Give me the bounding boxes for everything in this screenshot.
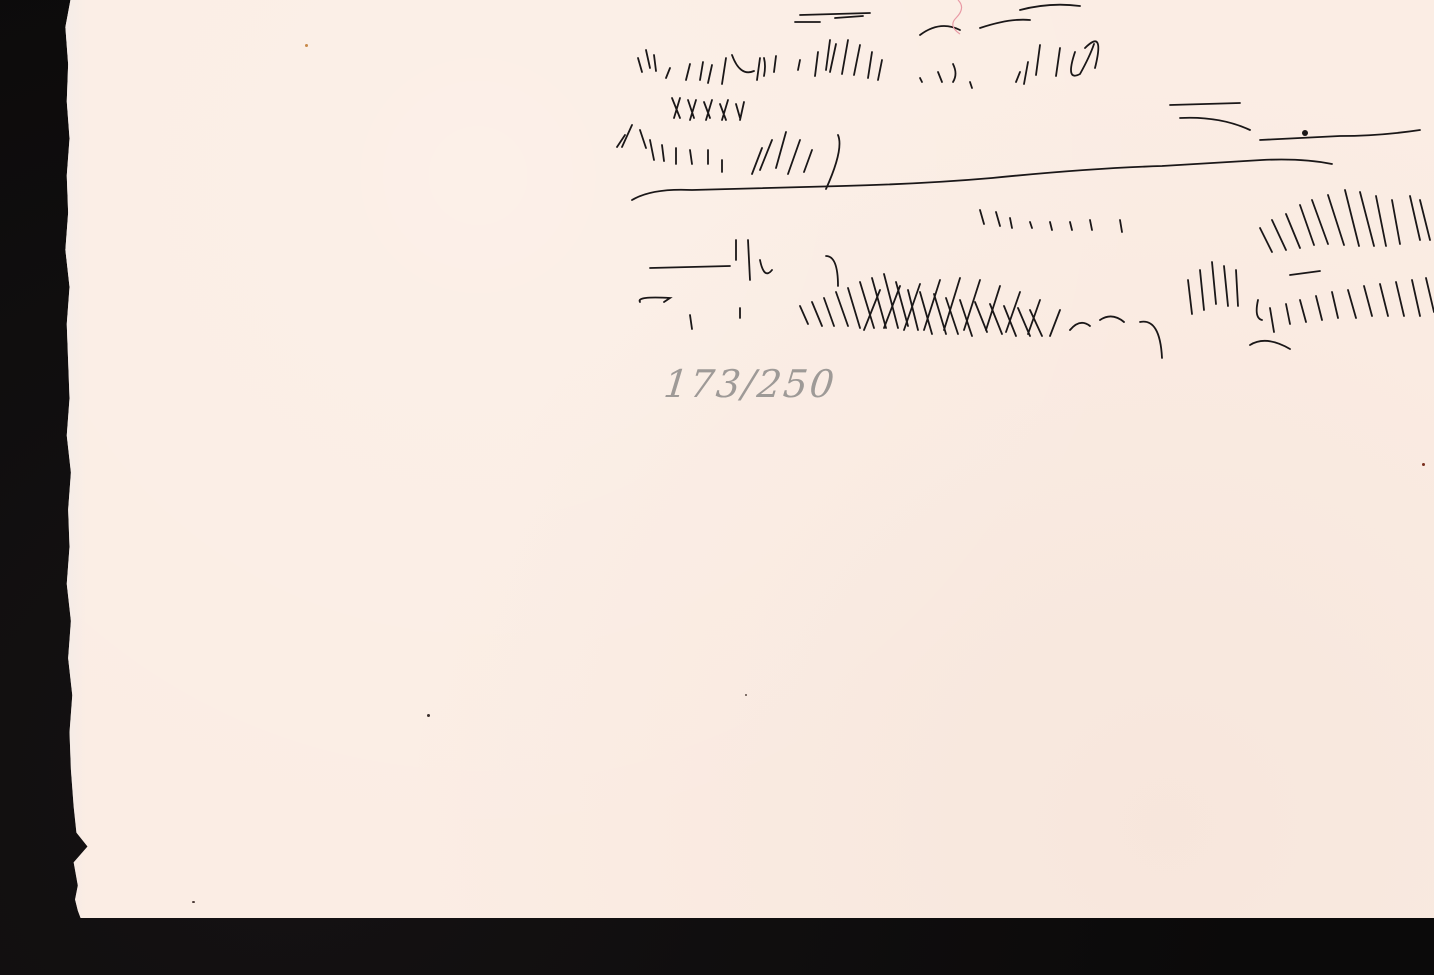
paper-speck (427, 714, 430, 717)
paper-speck (1422, 463, 1425, 466)
paper-speck (305, 44, 308, 47)
edition-number: 173/250 (662, 362, 838, 406)
paper-speck (192, 901, 195, 903)
paper-speck (745, 694, 747, 696)
paper-sheet (64, 0, 1434, 918)
